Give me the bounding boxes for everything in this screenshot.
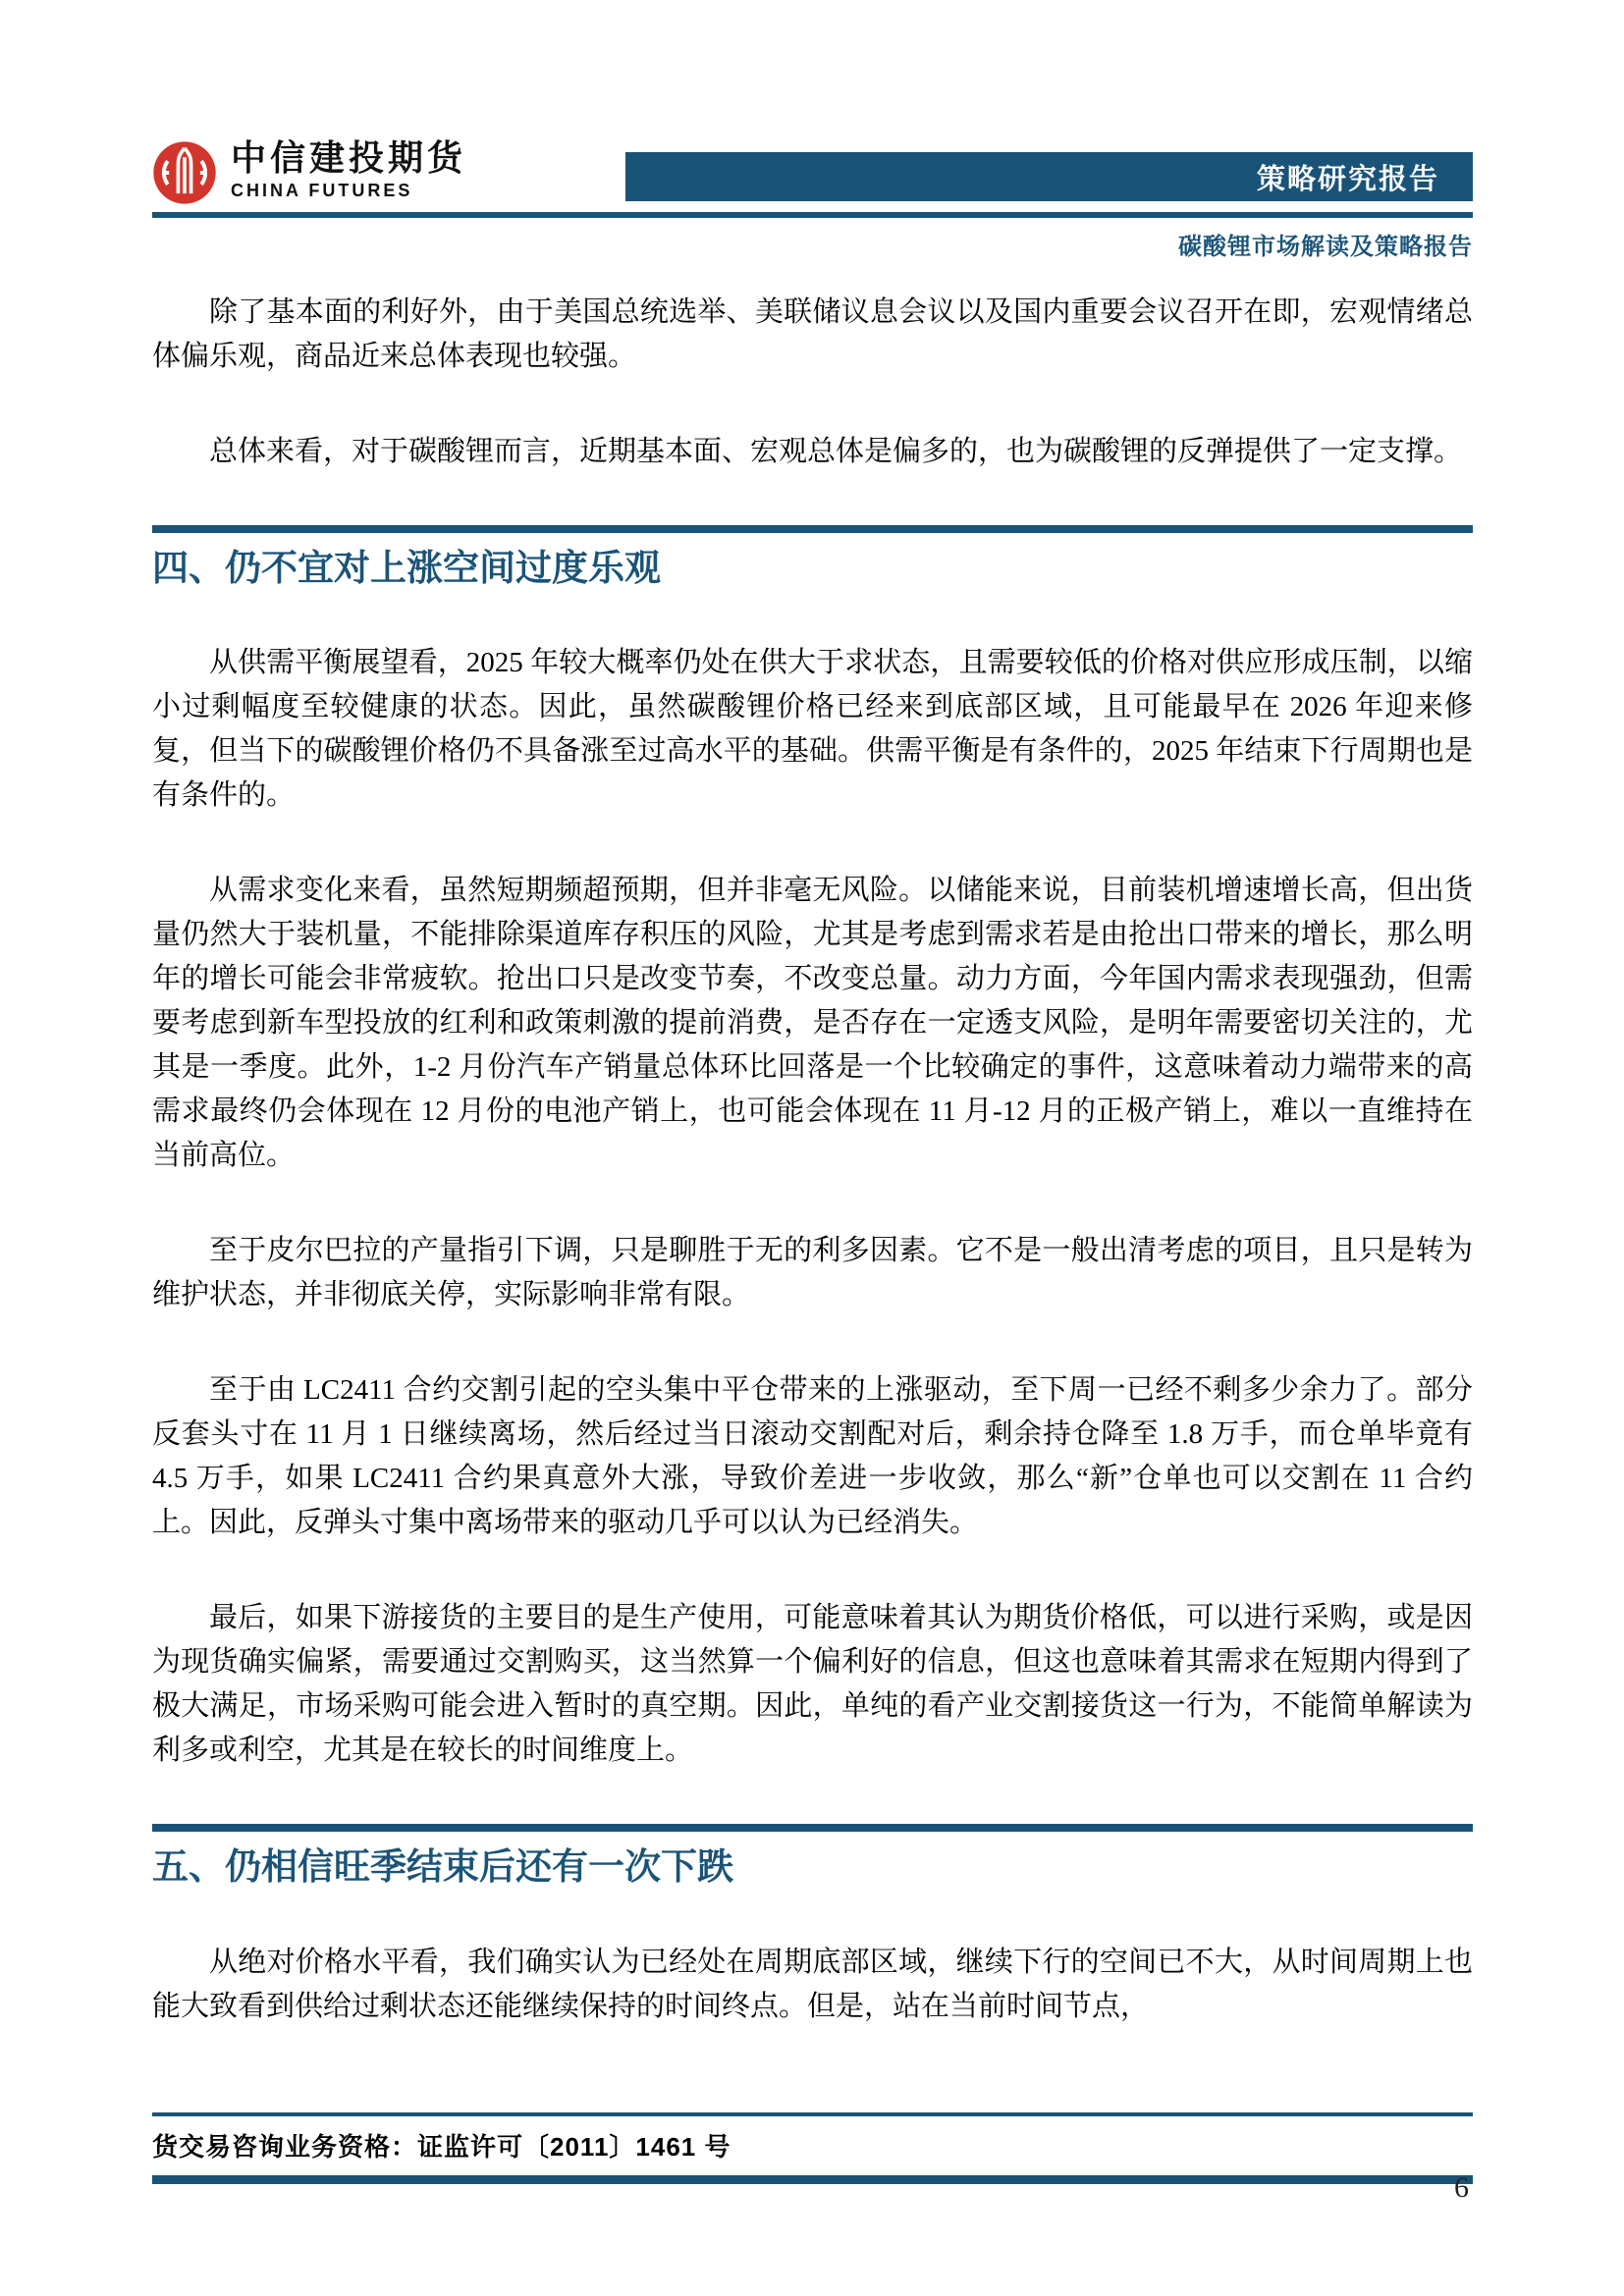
report-type-banner: 策略研究报告 — [625, 152, 1473, 201]
page-number: 6 — [1454, 2171, 1469, 2205]
section4-paragraph-4: 至于由 LC2411 合约交割引起的空头集中平仓带来的上涨驱动，至下周一已经不剩… — [152, 1368, 1473, 1545]
page-footer: 货交易咨询业务资格：证监许可〔2011〕1461 号 — [152, 2112, 1473, 2184]
company-name: 中信建投期货 CHINA FUTURES — [231, 140, 466, 199]
report-page: 中信建投期货 CHINA FUTURES 策略研究报告 碳酸锂市场解读及策略报告… — [0, 0, 1624, 2296]
section4-paragraph-2: 从需求变化来看，虽然短期频超预期，但并非毫无风险。以储能来说，目前装机增速增长高… — [152, 869, 1473, 1178]
header-divider — [152, 212, 1473, 218]
report-body: 除了基本面的利好外，由于美国总统选举、美联储议息会议以及国内重要会议召开在即，宏… — [152, 291, 1473, 2097]
company-logo: 中信建投期货 CHINA FUTURES — [152, 140, 466, 205]
section-heading-4: 四、仍不宜对上涨空间过度乐观 — [152, 525, 1473, 592]
company-name-cn: 中信建投期货 — [231, 140, 466, 176]
company-name-en: CHINA FUTURES — [231, 182, 466, 199]
section4-paragraph-1: 从供需平衡展望看，2025 年较大概率仍处在供大于求状态，且需要较低的价格对供应… — [152, 641, 1473, 818]
section5-paragraph-1: 从绝对价格水平看，我们确实认为已经处在周期底部区域，继续下行的空间已不大，从时间… — [152, 1941, 1473, 2029]
section-heading-5: 五、仍相信旺季结束后还有一次下跌 — [152, 1824, 1473, 1891]
citic-logo-icon — [152, 140, 217, 205]
footer-divider-thin — [152, 2112, 1473, 2116]
license-text: 货交易咨询业务资格：证监许可〔2011〕1461 号 — [152, 2127, 1473, 2163]
footer-divider-thick — [152, 2175, 1473, 2184]
report-subtitle: 碳酸锂市场解读及策略报告 — [1178, 227, 1473, 261]
paragraph-intro-1: 除了基本面的利好外，由于美国总统选举、美联储议息会议以及国内重要会议召开在即，宏… — [152, 291, 1473, 379]
section4-paragraph-5: 最后，如果下游接货的主要目的是生产使用，可能意味着其认为期货价格低，可以进行采购… — [152, 1596, 1473, 1773]
section4-paragraph-3: 至于皮尔巴拉的产量指引下调，只是聊胜于无的利多因素。它不是一般出清考虑的项目，且… — [152, 1229, 1473, 1317]
paragraph-intro-2: 总体来看，对于碳酸锂而言，近期基本面、宏观总体是偏多的，也为碳酸锂的反弹提供了一… — [152, 430, 1473, 474]
